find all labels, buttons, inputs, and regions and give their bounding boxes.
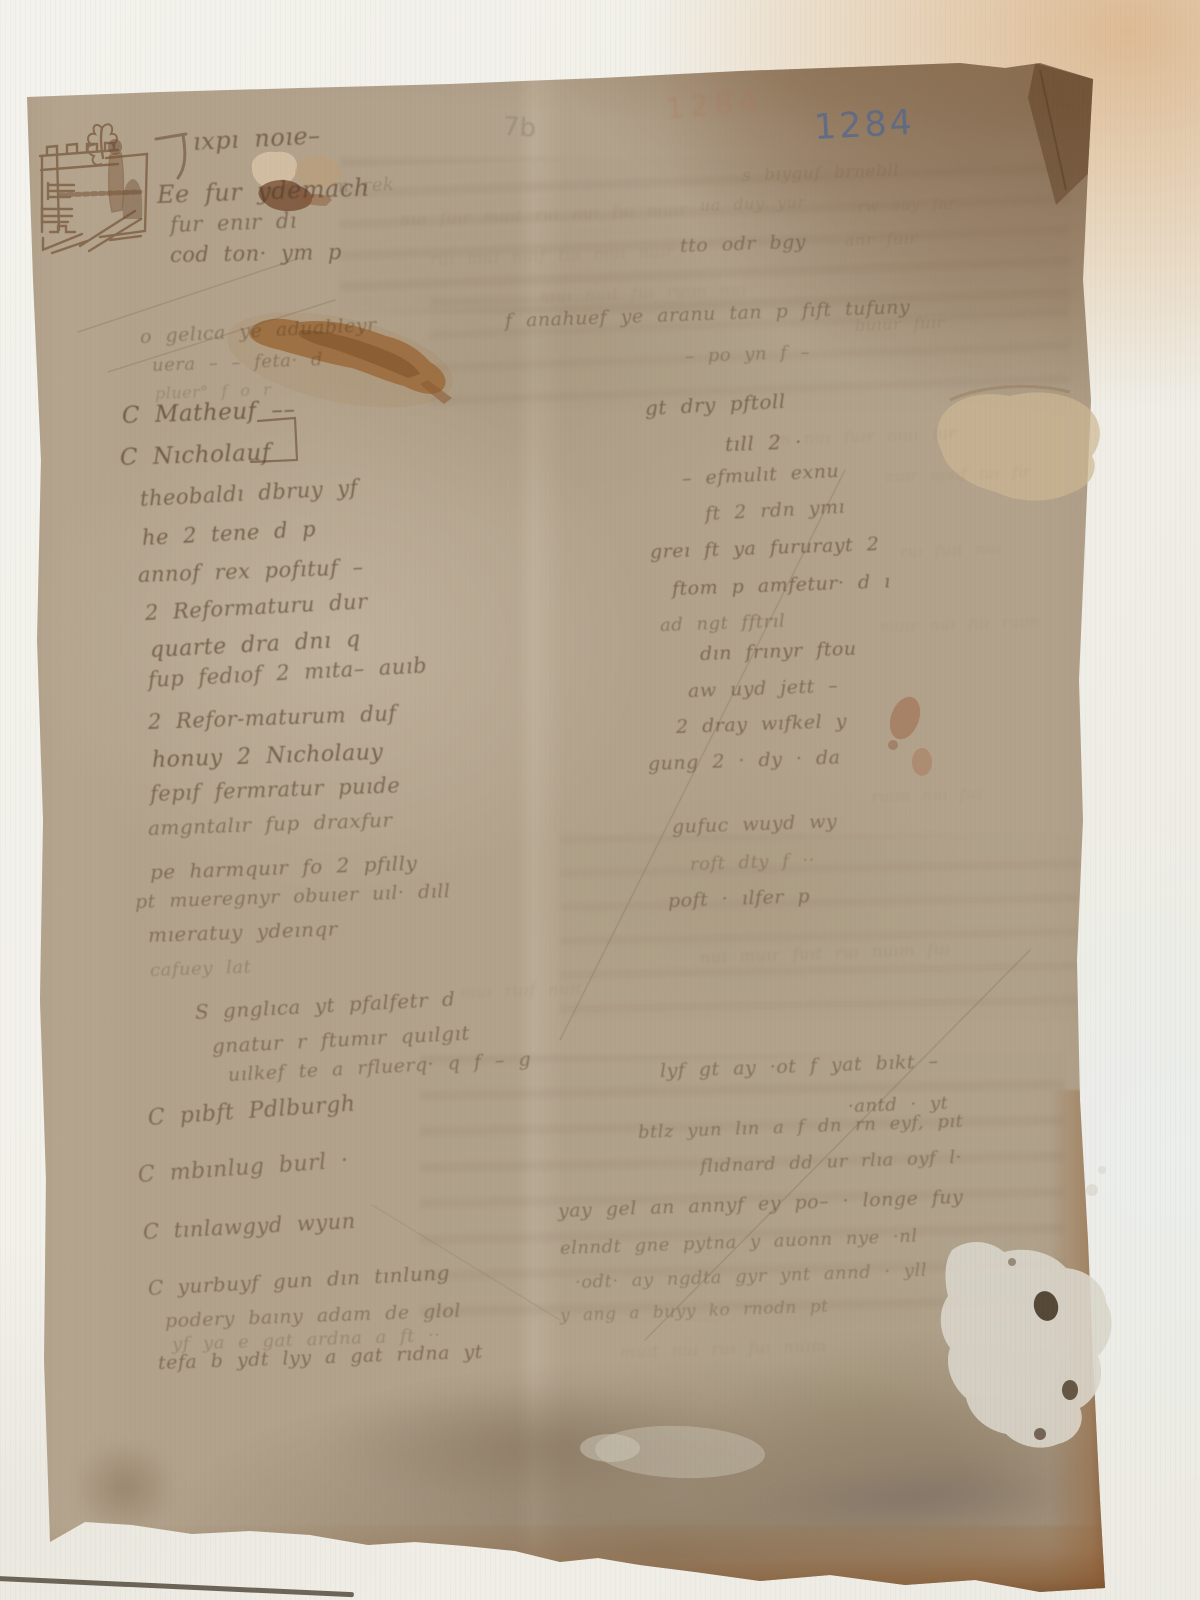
faded-text-band: [340, 158, 1070, 313]
bottom-smudge: [250, 1360, 830, 1530]
faded-text-band: [430, 298, 1070, 408]
parchment-sheet: [0, 0, 1200, 1600]
faded-text-band: [420, 1055, 1065, 1320]
parchment-bottom-edge-shade: [40, 1526, 1110, 1594]
parchment-right-edge-shade: [1050, 1090, 1108, 1595]
speck-2: [1086, 1184, 1098, 1196]
folio-mark: 7b: [502, 112, 537, 144]
manuscript-photo: ıxpı noıe–Ee fur ydemachm rekfur enır dı…: [0, 0, 1200, 1600]
left-smudge: [50, 1420, 200, 1555]
faded-text-band: [560, 835, 1080, 1020]
mount-edge-line: [0, 1576, 354, 1597]
speck-3: [1098, 1166, 1106, 1174]
blue-year-annotation: 1284: [813, 103, 916, 148]
folded-corner: [0, 0, 1200, 1600]
